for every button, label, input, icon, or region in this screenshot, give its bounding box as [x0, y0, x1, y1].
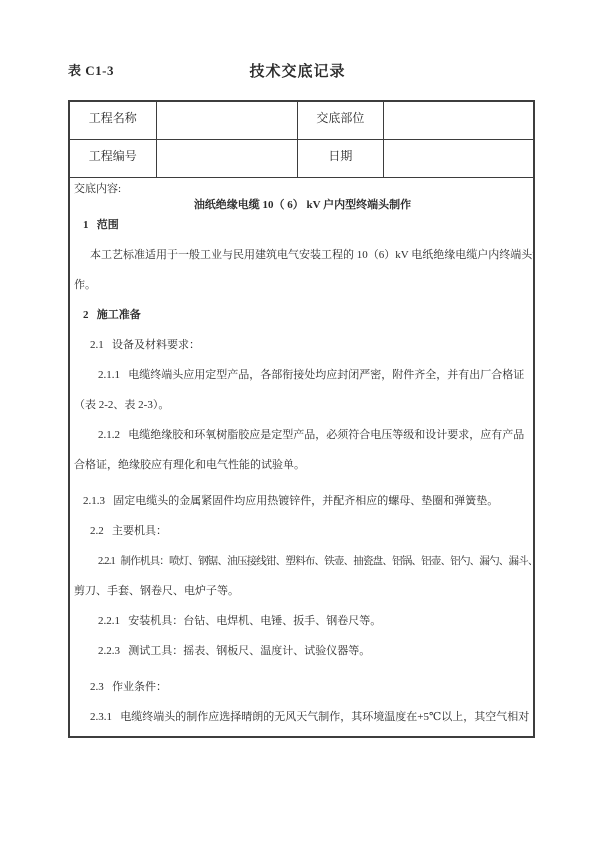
- item-2-1-2-line-1: 2.1.2 电缆绝缘胶和环氧树脂胶应是定型产品，必须符合电压等级和设计要求，应有…: [74, 430, 531, 441]
- document-header: 表 C1-3 技术交底记录: [0, 60, 595, 80]
- item-2-1-1-line-1: 2.1.1 电缆终端头应用定型产品，各部衔接处均应封闭严密，附件齐全，并有出厂合…: [74, 370, 531, 381]
- disclosure-part-label: 交底部位: [298, 102, 384, 139]
- paragraph-1-line-2: 作。: [74, 280, 531, 291]
- project-name-label: 工程名称: [70, 102, 157, 139]
- disclosure-content-cell: 交底内容:油纸绝缘电缆 10（ 6） kV 户内型终端头制作1 范围本工艺标准适…: [70, 178, 533, 736]
- item-2-1-3: 2.1.3 固定电缆头的金属紧固件均应用热镀锌件，并配齐相应的螺母、垫圈和弹簧垫…: [74, 496, 531, 507]
- project-number-label: 工程编号: [70, 140, 157, 177]
- section-1-heading: 1 范围: [74, 220, 531, 231]
- page-title: 技术交底记录: [0, 60, 595, 81]
- item-2-3-1: 2.3.1 电缆终端头的制作应选择晴朗的无风天气制作，其环境温度在+5℃以上，其…: [74, 712, 531, 723]
- item-2-1-2-line-2: 合格证，绝缘胶应有理化和电气性能的试验单。: [74, 460, 531, 471]
- disclosure-part-value: [384, 102, 533, 139]
- item-2-2-1-line-2: 剪刀、手套、钢卷尺、电炉子等。: [74, 586, 531, 597]
- item-2-2-1b: 2.2.1 安装机具：台钻、电焊机、电锤、扳手、钢卷尺等。: [74, 616, 531, 627]
- paragraph-1-line-1: 本工艺标准适用于一般工业与民用建筑电气安装工程的 10（6）kV 电纸绝缘电缆户…: [74, 250, 531, 261]
- project-number-value: [157, 140, 298, 177]
- info-row-1: 工程名称 交底部位: [70, 102, 533, 140]
- section-2-heading: 2 施工准备: [74, 310, 531, 321]
- item-2-3: 2.3 作业条件：: [74, 682, 531, 693]
- content-label: 交底内容:: [74, 184, 531, 195]
- document-page: 表 C1-3 技术交底记录 工程名称 交底部位 工程编号 日期 交底内容:油纸绝…: [0, 0, 595, 842]
- info-row-2: 工程编号 日期: [70, 140, 533, 178]
- item-2-1-1-line-2: （表 2-2、表 2-3）。: [74, 400, 531, 411]
- item-2-2-3: 2.2.3 测试工具：摇表、钢板尺、温度计、试验仪器等。: [74, 646, 531, 657]
- disclosure-table: 工程名称 交底部位 工程编号 日期 交底内容:油纸绝缘电缆 10（ 6） kV …: [68, 100, 535, 738]
- date-label: 日期: [298, 140, 384, 177]
- date-value: [384, 140, 533, 177]
- item-2-2-1-line-1: 2.2.1 制作机具：喷灯、钢锯、油压接线钳、塑料布、铁壶、抽瓷盘、铝锅、铝壶、…: [74, 556, 531, 567]
- item-2-1: 2.1 设备及材料要求：: [74, 340, 531, 351]
- project-name-value: [157, 102, 298, 139]
- item-2-2: 2.2 主要机具：: [74, 526, 531, 537]
- content-subtitle: 油纸绝缘电缆 10（ 6） kV 户内型终端头制作: [74, 200, 531, 211]
